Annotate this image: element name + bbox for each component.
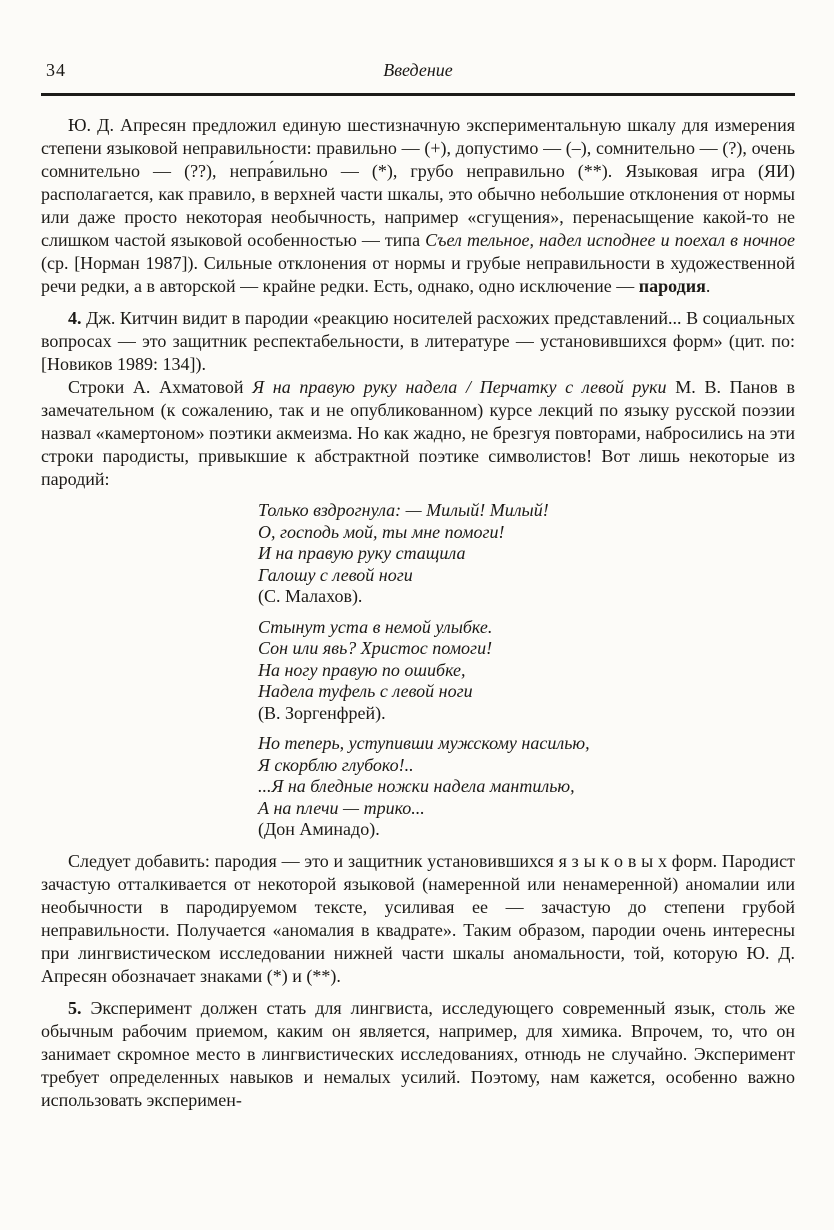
text-segment: А на плечи — трико... (258, 798, 425, 818)
text-segment: пародия (639, 276, 706, 296)
text-segment: Но теперь, уступивши мужскому насилью, (258, 733, 590, 753)
verse-line: Сон или явь? Христос помоги! (258, 638, 795, 660)
text-segment: ...Я на бледные ножки надела мантилью, (258, 776, 575, 796)
verse-line: Только вздрогнула: — Милый! Милый! (258, 500, 795, 522)
text-segment: . (706, 276, 711, 296)
verse-line: (Дон Аминадо). (258, 819, 795, 841)
verse-line: А на плечи — трико... (258, 798, 795, 820)
verse-block: Стынут уста в немой улыбке.Сон или явь? … (258, 617, 795, 725)
verse-line: О, господь мой, ты мне помоги! (258, 522, 795, 544)
verse-line: На ногу правую по ошибке, (258, 660, 795, 682)
page-header: 34 Введение (41, 58, 795, 84)
text-segment: Я на правую руку надела / Перчатку с лев… (252, 377, 666, 397)
text-segment: (Дон Аминадо). (258, 819, 380, 839)
text-segment: (В. Зоргенфрей). (258, 703, 386, 723)
page-body: Ю. Д. Апресян предложил единую шестизнач… (41, 114, 795, 1112)
verse-line: Надела туфель с левой ноги (258, 681, 795, 703)
verse-line: Стынут уста в немой улыбке. (258, 617, 795, 639)
verse-block: Но теперь, уступивши мужскому насилью,Я … (258, 733, 795, 841)
text-segment: Только вздрогнула: — Милый! Милый! (258, 500, 549, 520)
page-inner: 34 Введение Ю. Д. Апресян предложил един… (0, 0, 834, 1112)
verse-line: (С. Малахов). (258, 586, 795, 608)
text-segment: Съел тельное, надел исподнее и поехал в … (425, 230, 795, 250)
running-head: Введение (41, 60, 795, 81)
text-segment: Следует добавить: пародия — это и защитн… (41, 851, 795, 986)
text-segment: Сон или явь? Христос помоги! (258, 638, 492, 658)
verse-line: И на правую руку стащила (258, 543, 795, 565)
header-rule (41, 93, 795, 96)
verse-line: (В. Зоргенфрей). (258, 703, 795, 725)
section-paragraph: 4. Дж. Китчин видит в пародии «реакцию н… (41, 307, 795, 376)
text-segment: О, господь мой, ты мне помоги! (258, 522, 504, 542)
text-segment: 5. (68, 998, 82, 1018)
book-page: 34 Введение Ю. Д. Апресян предложил един… (0, 0, 834, 1230)
text-segment: Галошу с левой ноги (258, 565, 413, 585)
text-segment: Эксперимент должен стать для лингвиста, … (41, 998, 795, 1110)
text-segment: Я скорблю глубоко!.. (258, 755, 414, 775)
verse-line: Но теперь, уступивши мужскому насилью, (258, 733, 795, 755)
paragraph: Строки А. Ахматовой Я на правую руку над… (41, 376, 795, 491)
verse-line: Я скорблю глубоко!.. (258, 755, 795, 777)
text-segment: Надела туфель с левой ноги (258, 681, 473, 701)
verse-line: Галошу с левой ноги (258, 565, 795, 587)
text-segment: (С. Малахов). (258, 586, 362, 606)
paragraph: Следует добавить: пародия — это и защитн… (41, 850, 795, 988)
text-segment: На ногу правую по ошибке, (258, 660, 466, 680)
verse-block: Только вздрогнула: — Милый! Милый!О, гос… (258, 500, 795, 608)
text-segment: Дж. Китчин видит в пародии «реакцию носи… (41, 308, 795, 374)
paragraph: Ю. Д. Апресян предложил единую шестизнач… (41, 114, 795, 298)
text-segment: Стынут уста в немой улыбке. (258, 617, 492, 637)
text-segment: 4. (68, 308, 82, 328)
verse-line: ...Я на бледные ножки надела мантилью, (258, 776, 795, 798)
text-segment: И на правую руку стащила (258, 543, 465, 563)
text-segment: Строки А. Ахматовой (68, 377, 252, 397)
section-paragraph: 5. Эксперимент должен стать для лингвист… (41, 997, 795, 1112)
